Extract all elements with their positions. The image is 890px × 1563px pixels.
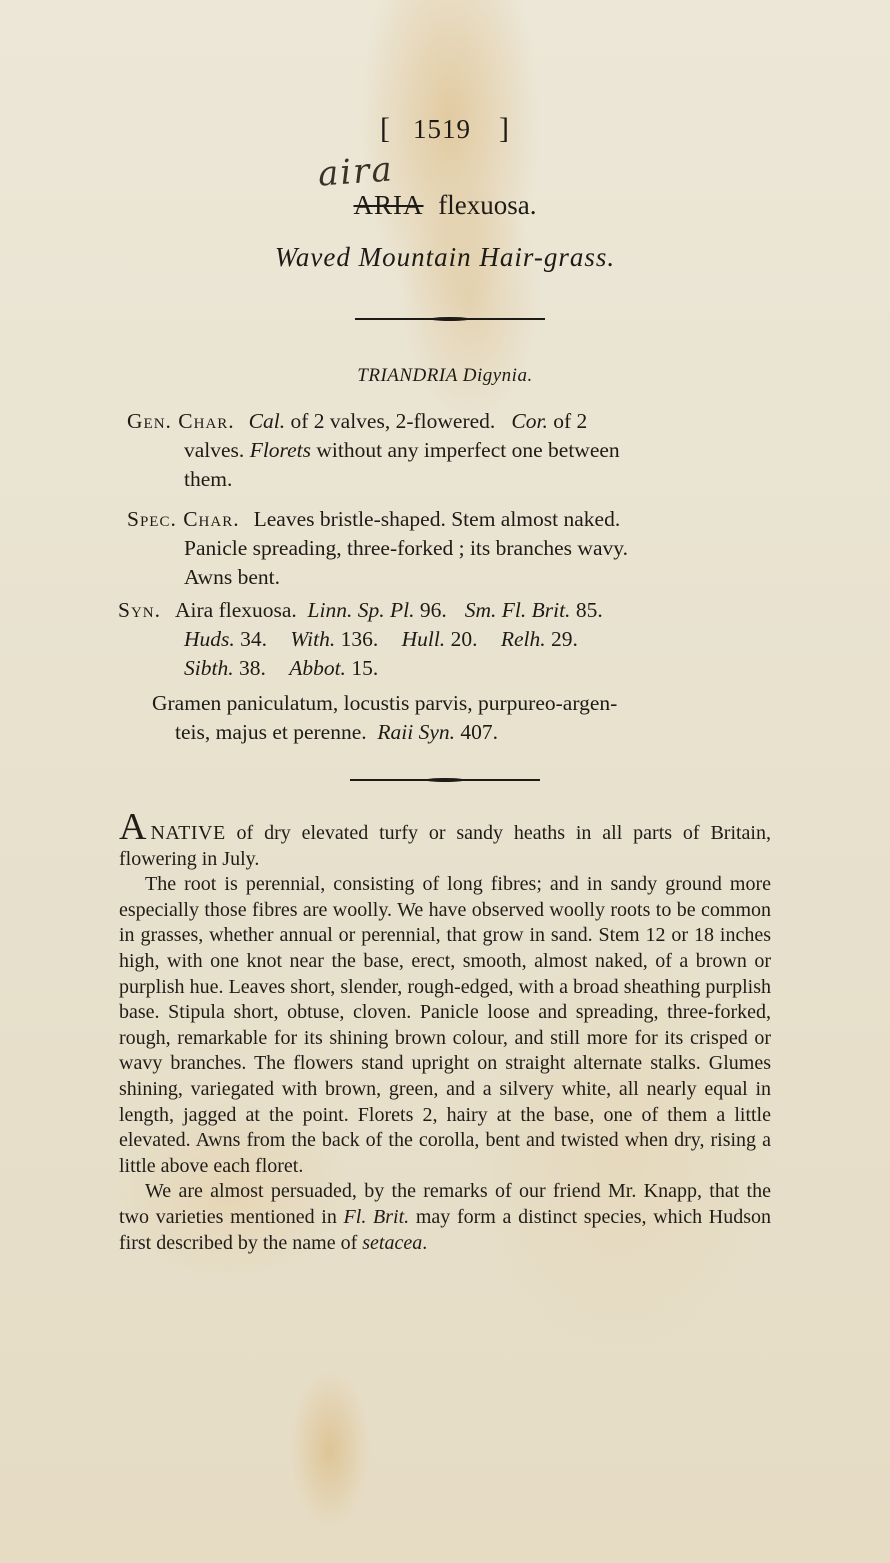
- syn-ref-author: Linn. Sp. Pl.: [308, 598, 415, 622]
- description-paragraph: We are almost persuaded, by the remarks …: [119, 1179, 771, 1256]
- syn-ref-author: Huds.: [184, 627, 235, 651]
- gen-char-text: them.: [127, 465, 777, 494]
- syn-ref-author: Hull.: [402, 627, 446, 651]
- syn-ref-author: With.: [290, 627, 335, 651]
- order-name: Digynia.: [463, 365, 533, 386]
- syn-ref-author: Sibth.: [184, 656, 234, 680]
- species-title: ARIA flexuosa.: [0, 190, 890, 221]
- description-text: .: [422, 1232, 427, 1254]
- syn-ref-page: 136.: [341, 627, 379, 651]
- syn-label: Syn.: [118, 598, 161, 622]
- class-name: TRIANDRIA: [357, 365, 457, 386]
- spec-char-text: Leaves bristle-shaped. Stem almost naked…: [254, 507, 621, 531]
- syn-ref-author: Sm. Fl. Brit.: [465, 598, 571, 622]
- synonyms: Syn.Aira flexuosa. Linn. Sp. Pl. 96.Sm. …: [118, 596, 778, 683]
- native-word: NATIVE: [150, 822, 225, 844]
- description-paragraph: ANATIVE of dry elevated turfy or sandy h…: [119, 813, 771, 872]
- description-paragraph: The root is perennial, consisting of lon…: [119, 872, 771, 1179]
- syn-ref-author: Relh.: [501, 627, 546, 651]
- reference-italic: Fl. Brit.: [344, 1206, 410, 1228]
- gen-char-text: without any imperfect one between: [311, 438, 620, 462]
- gen-char-term: Florets: [250, 438, 311, 462]
- spec-char-text: Panicle spreading, three-forked ; its br…: [127, 534, 777, 563]
- gen-char-text: of 2 valves, 2-flowered.: [285, 409, 495, 433]
- generic-character: Gen. Char.Cal. of 2 valves, 2-flowered. …: [127, 407, 777, 494]
- ray-synonym: Gramen paniculatum, locustis parvis, pur…: [152, 689, 782, 747]
- page-number: [1519]: [0, 112, 890, 146]
- gen-char-label: Gen. Char.: [127, 409, 235, 433]
- ray-synonym-text: teis, majus et perenne.: [175, 720, 367, 744]
- ray-synonym-text: Gramen paniculatum, locustis parvis, pur…: [152, 691, 617, 715]
- ornamental-divider: [350, 779, 540, 781]
- gen-char-text: of 2: [548, 409, 587, 433]
- species-name-italic: setacea: [362, 1232, 422, 1254]
- ornamental-divider: [355, 318, 545, 320]
- gen-char-term: Cal.: [249, 409, 285, 433]
- syn-ref-author: Abbot.: [289, 656, 346, 680]
- page-number-value: 1519: [413, 114, 471, 144]
- common-name: Waved Mountain Hair-grass.: [0, 242, 890, 273]
- linnaean-classification: TRIANDRIA Digynia.: [0, 365, 890, 387]
- syn-ref-page: 96.: [420, 598, 447, 622]
- syn-ref-page: 20.: [451, 627, 478, 651]
- drop-cap: A: [119, 806, 146, 848]
- syn-ref-page: 34.: [240, 627, 267, 651]
- struck-genus: ARIA: [354, 190, 424, 220]
- syn-ref-page: 29.: [551, 627, 578, 651]
- syn-ref-page: 85.: [576, 598, 603, 622]
- bracket-open: [: [380, 112, 391, 145]
- syn-ref-page: 38.: [239, 656, 266, 680]
- spec-char-label: Spec. Char.: [127, 507, 240, 531]
- syn-name: Aira flexuosa.: [175, 598, 297, 622]
- species-epithet: flexuosa.: [438, 190, 536, 220]
- handwritten-genus-correction: aira: [317, 149, 395, 194]
- specific-character: Spec. Char.Leaves bristle-shaped. Stem a…: [127, 505, 777, 592]
- ray-ref-author: Raii Syn.: [377, 720, 455, 744]
- gen-char-text: valves.: [184, 438, 250, 462]
- spec-char-text: Awns bent.: [127, 563, 777, 592]
- book-page: [1519] aira ARIA flexuosa. Waved Mountai…: [0, 0, 890, 1563]
- ray-ref-page: 407.: [460, 720, 498, 744]
- gen-char-term: Cor.: [511, 409, 547, 433]
- syn-ref-page: 15.: [351, 656, 378, 680]
- species-description: ANATIVE of dry elevated turfy or sandy h…: [119, 813, 771, 1256]
- bracket-close: ]: [499, 112, 510, 145]
